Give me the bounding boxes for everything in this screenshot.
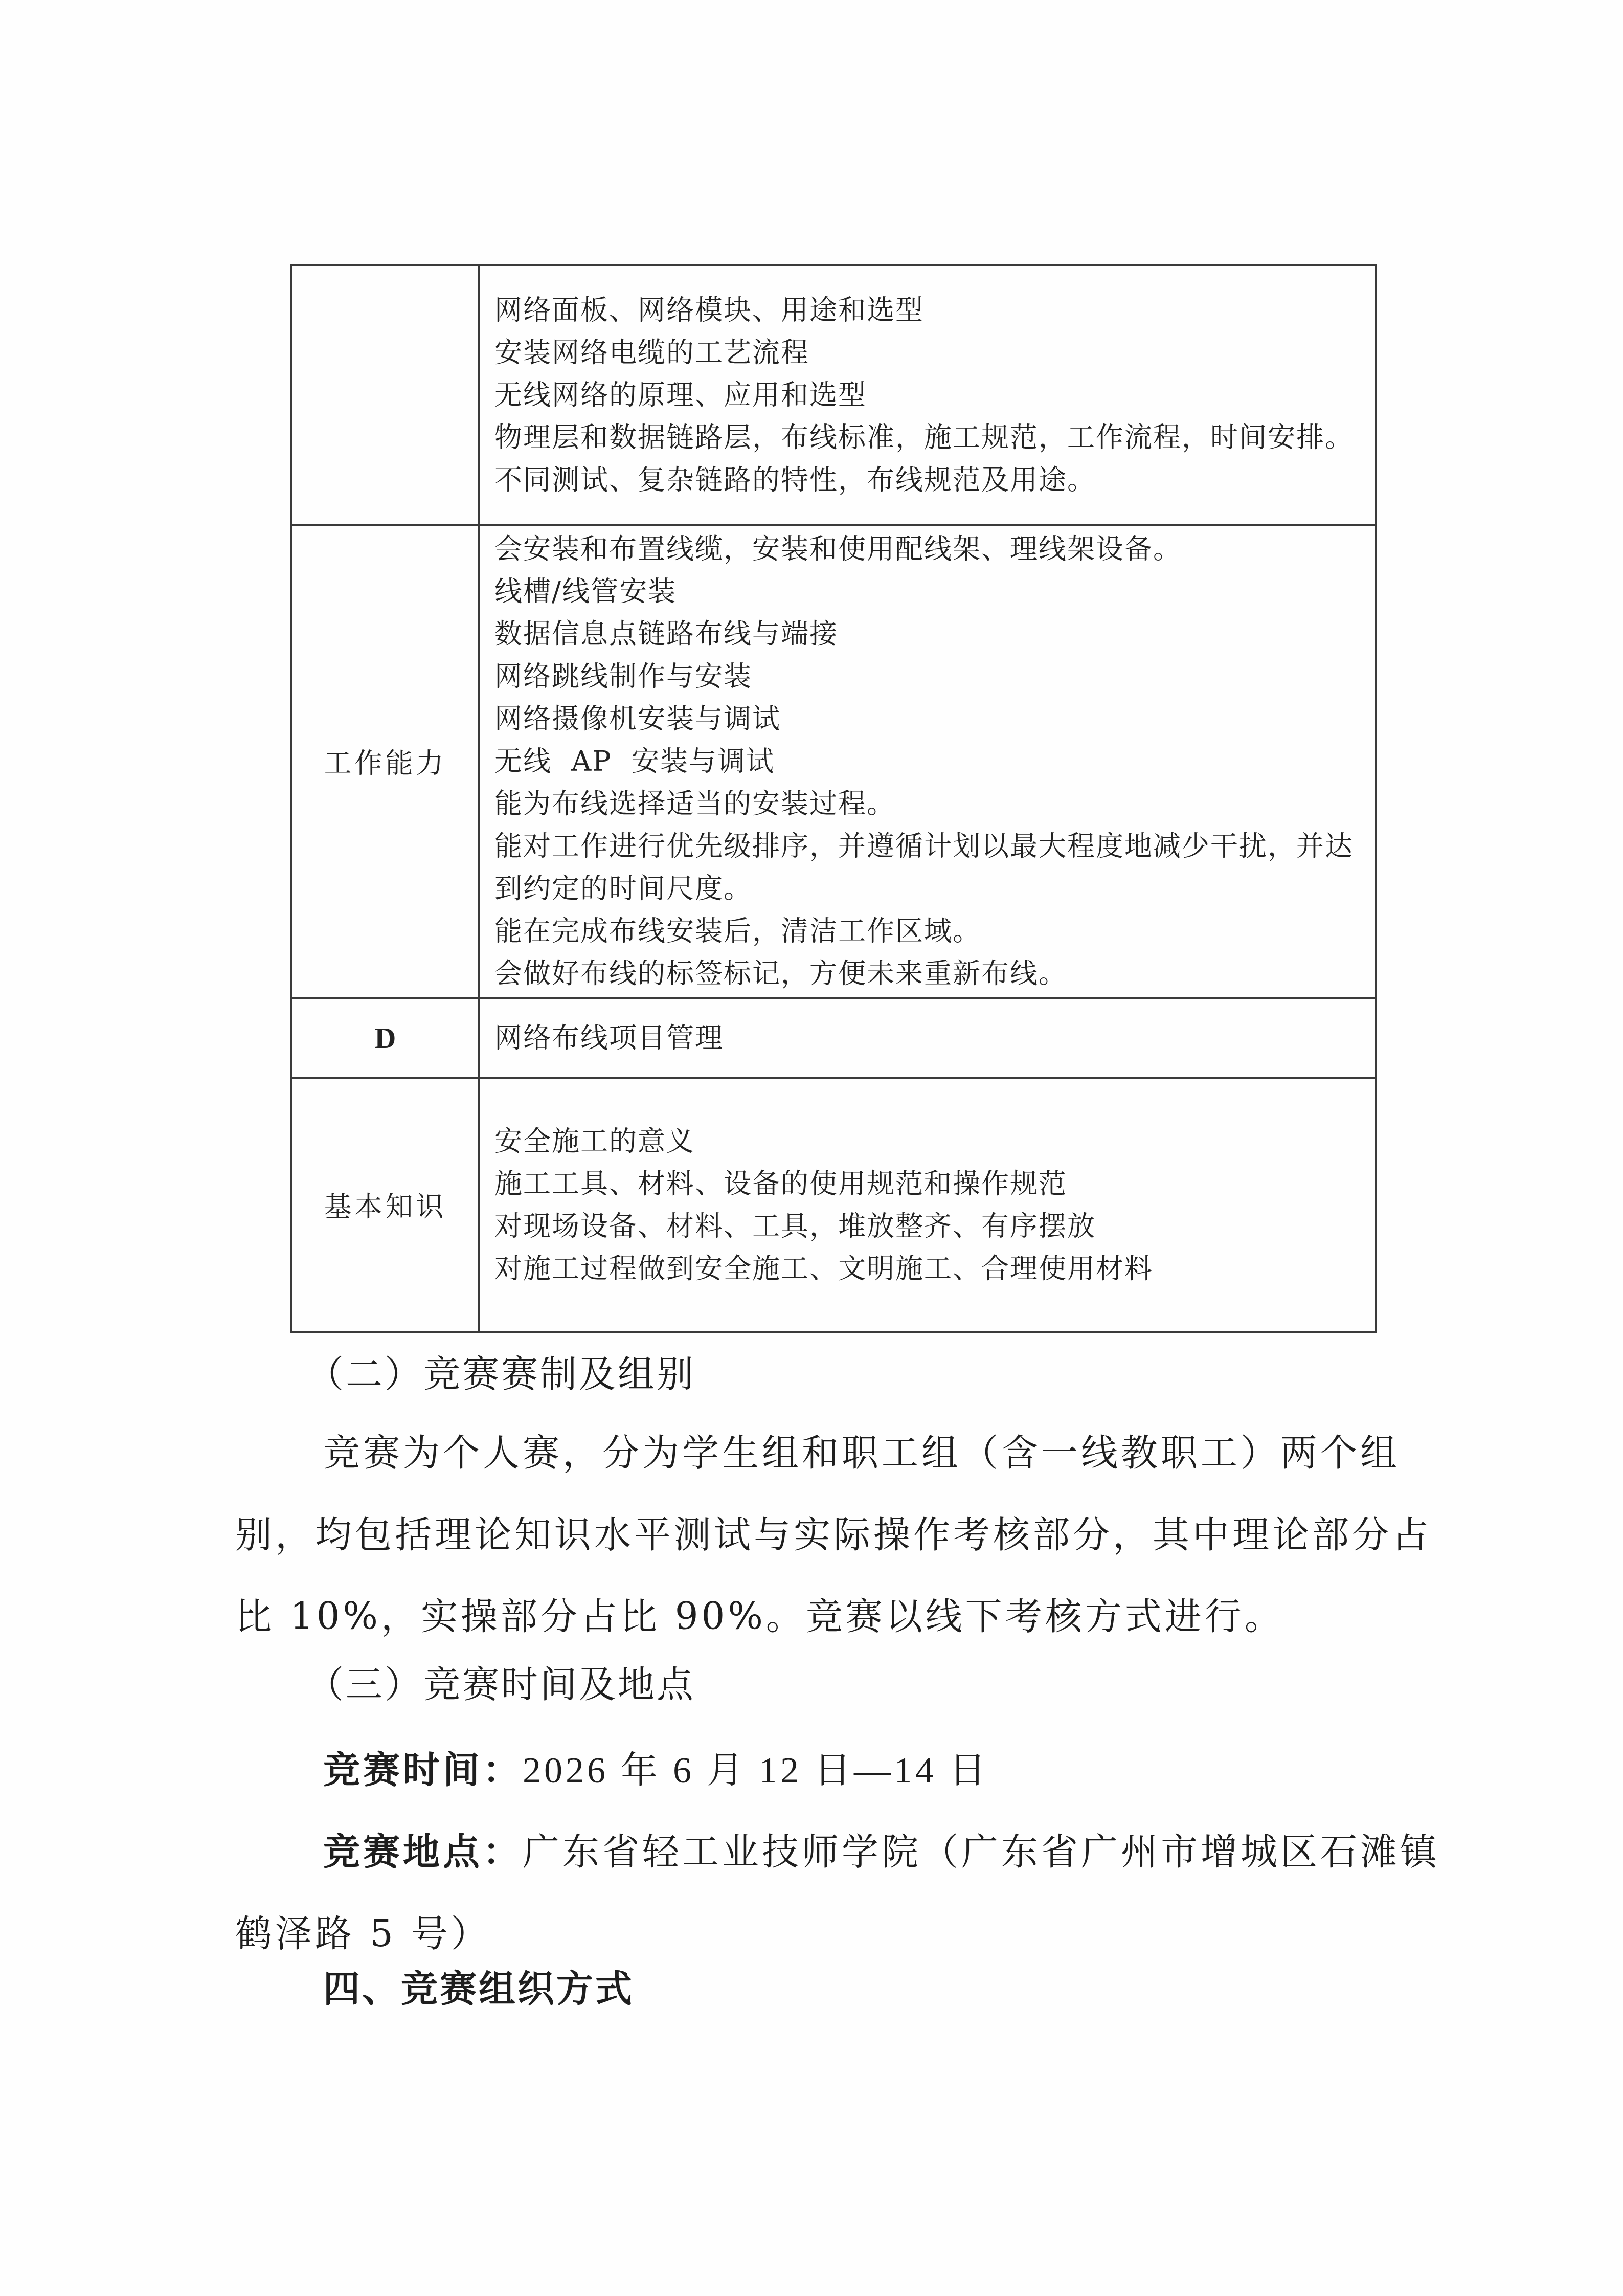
competition-content-table: 网络面板、网络模块、用途和选型 安装网络电缆的工艺流程 无线网络的原理、应用和选… <box>290 264 1377 1333</box>
document-page: 网络面板、网络模块、用途和选型 安装网络电缆的工艺流程 无线网络的原理、应用和选… <box>0 0 1623 2296</box>
content-line: 物理层和数据链路层，布线标准，施工规范，工作流程，时间安排。 <box>494 416 1370 459</box>
row-label <box>291 265 479 525</box>
content-line: 对现场设备、材料、工具，堆放整齐、有序摆放 <box>494 1205 1370 1247</box>
content-line: 无线 AP 安装与调试 <box>494 740 1370 783</box>
content-line: 施工工具、材料、设备的使用规范和操作规范 <box>494 1163 1370 1205</box>
content-line: 无线网络的原理、应用和选型 <box>494 374 1370 416</box>
time-value: 2026 年 6 月 12 日—14 日 <box>523 1750 989 1791</box>
table-row: 网络面板、网络模块、用途和选型 安装网络电缆的工艺流程 无线网络的原理、应用和选… <box>291 265 1376 525</box>
content-line: 网络摄像机安装与调试 <box>494 698 1370 740</box>
content-line: 能对工作进行优先级排序，并遵循计划以最大程度地减少干扰，并达到约定的时间尺度。 <box>494 825 1370 910</box>
competition-place: 竞赛地点：广东省轻工业技师学院（广东省广州市增城区石滩镇鹤泽路 5 号） <box>235 1811 1447 1974</box>
section-3-title: （三）竞赛时间及地点 <box>307 1655 695 1708</box>
content-line: 网络面板、网络模块、用途和选型 <box>494 289 1370 331</box>
content-line: 对施工过程做到安全施工、文明施工、合理使用材料 <box>494 1247 1370 1290</box>
section-4-heading: 四、竞赛组织方式 <box>323 1959 634 2012</box>
row-label-d: D <box>291 998 479 1078</box>
content-line: 能在完成布线安装后，清洁工作区域。 <box>494 910 1370 952</box>
content-line: 数据信息点链路布线与端接 <box>494 613 1370 655</box>
section-2-title: （二）竞赛赛制及组别 <box>307 1344 695 1397</box>
row-content: 网络面板、网络模块、用途和选型 安装网络电缆的工艺流程 无线网络的原理、应用和选… <box>479 265 1376 525</box>
content-line: 安装网络电缆的工艺流程 <box>494 331 1370 374</box>
row-content: 会安装和布置线缆，安装和使用配线架、理线架设备。 线槽/线管安装 数据信息点链路… <box>479 525 1376 998</box>
content-line: 安全施工的意义 <box>494 1120 1370 1163</box>
competition-time: 竞赛时间：2026 年 6 月 12 日—14 日 <box>235 1729 1447 1811</box>
section-2-body: 竞赛为个人赛，分为学生组和职工组（含一线教职工）两个组别，均包括理论知识水平测试… <box>235 1412 1447 1657</box>
row-label-basic-knowledge: 基本知识 <box>291 1078 479 1332</box>
content-line: 网络跳线制作与安装 <box>494 655 1370 698</box>
table-row: 工作能力 会安装和布置线缆，安装和使用配线架、理线架设备。 线槽/线管安装 数据… <box>291 525 1376 998</box>
content-line: 会安装和布置线缆，安装和使用配线架、理线架设备。 <box>494 528 1370 570</box>
content-line: 能为布线选择适当的安装过程。 <box>494 783 1370 825</box>
row-content: 网络布线项目管理 <box>479 998 1376 1078</box>
content-line: 会做好布线的标签标记，方便未来重新布线。 <box>494 952 1370 995</box>
time-label: 竞赛时间： <box>323 1748 523 1791</box>
row-content: 安全施工的意义 施工工具、材料、设备的使用规范和操作规范 对现场设备、材料、工具… <box>479 1078 1376 1332</box>
table-row: D 网络布线项目管理 <box>291 998 1376 1078</box>
content-line: 网络布线项目管理 <box>494 1017 1370 1059</box>
content-line: 不同测试、复杂链路的特性，布线规范及用途。 <box>494 459 1370 501</box>
table-row: 基本知识 安全施工的意义 施工工具、材料、设备的使用规范和操作规范 对现场设备、… <box>291 1078 1376 1332</box>
place-label: 竞赛地点： <box>323 1830 523 1873</box>
row-label-work-ability: 工作能力 <box>291 525 479 998</box>
content-line: 线槽/线管安装 <box>494 570 1370 613</box>
